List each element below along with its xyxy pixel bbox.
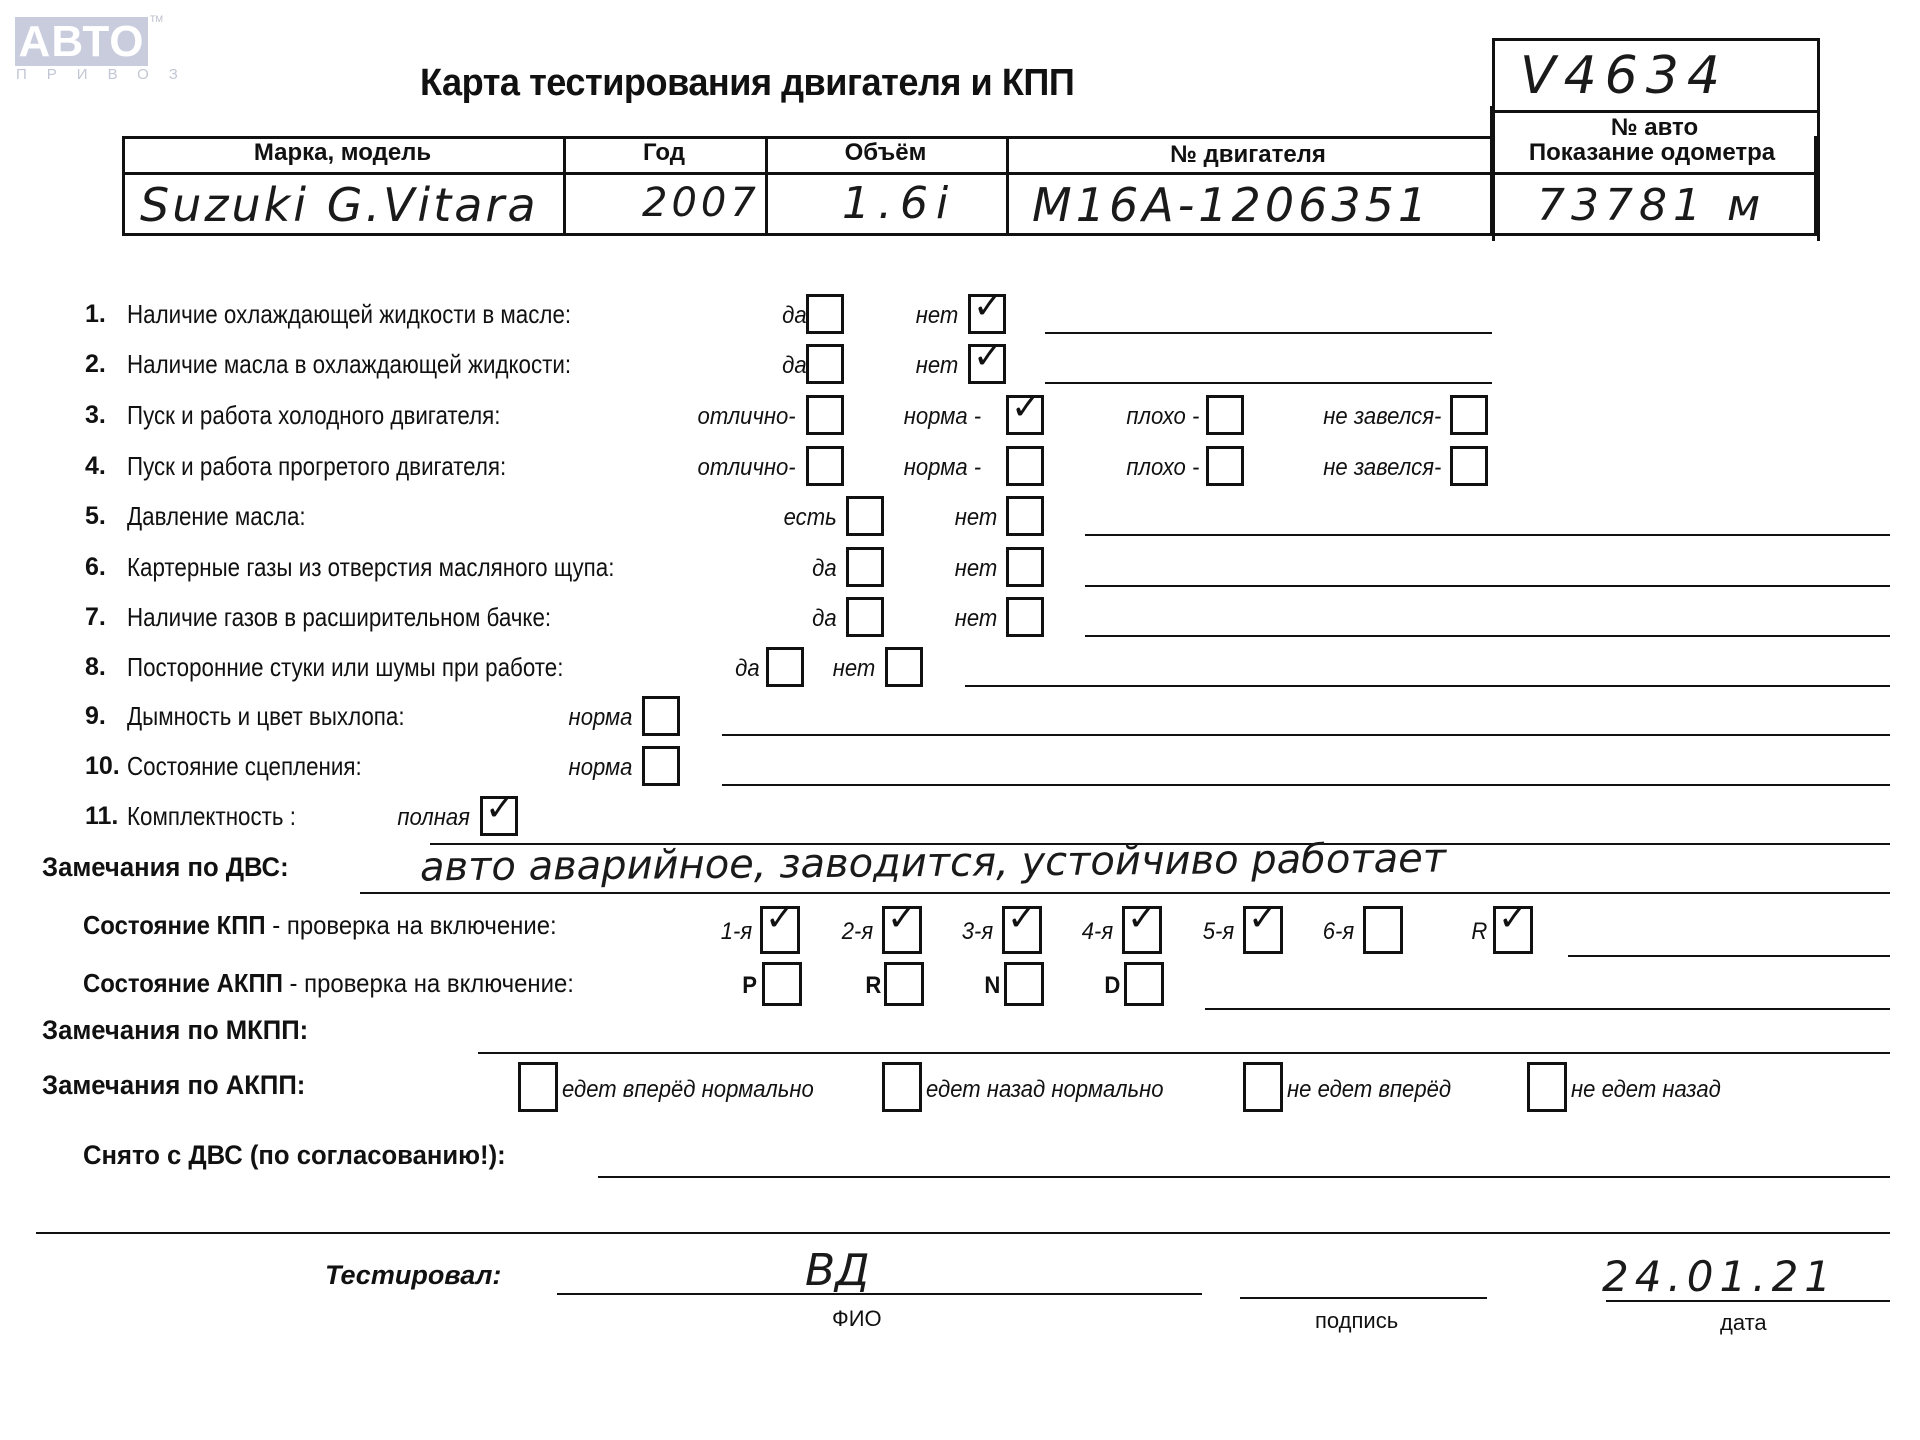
- mkpp-remarks-label: Замечания по МКПП:: [42, 1015, 308, 1046]
- option-label: да: [813, 555, 837, 583]
- logo-trademark: TM: [150, 14, 163, 24]
- check-mark-icon: ✓: [765, 901, 795, 937]
- gear-checkbox-3[interactable]: ✓: [1002, 906, 1042, 954]
- auto-gearbox-line: [1205, 1008, 1890, 1010]
- car-number-value[interactable]: V4634: [1520, 46, 1728, 106]
- question-number: 6.: [85, 553, 106, 582]
- date-value[interactable]: 24.01.21: [1602, 1252, 1837, 1301]
- question-text: Давление масла:: [127, 501, 306, 532]
- date-caption: дата: [1720, 1310, 1767, 1336]
- logo: АВТО: [15, 17, 148, 66]
- auto-gearbox-label-bold: Состояние АКПП: [83, 968, 283, 998]
- position-label: P: [742, 972, 757, 1000]
- gear-label: R: [1471, 918, 1487, 946]
- position-label: D: [1104, 972, 1120, 1000]
- position-checkbox-p[interactable]: [762, 962, 802, 1006]
- question-text: Картерные газы из отверстия масляного щу…: [127, 552, 614, 583]
- akpp-option-label: не едет назад: [1571, 1076, 1721, 1104]
- question-number: 9.: [85, 702, 106, 731]
- column-header-year: Год: [563, 139, 765, 167]
- akpp-option-label: едет назад нормально: [926, 1076, 1164, 1104]
- check-mark-icon: ✓: [973, 289, 1003, 325]
- akpp-remarks-label: Замечания по АКПП:: [42, 1070, 305, 1101]
- question-number: 4.: [85, 452, 106, 481]
- option-label: нет: [915, 352, 958, 380]
- question-text: Наличие масла в охлаждающей жидкости:: [127, 349, 571, 380]
- answer-line[interactable]: [1045, 332, 1492, 334]
- gear-label: 5-я: [1203, 918, 1234, 946]
- question-number: 11.: [85, 802, 118, 831]
- option-label: плохо -: [1126, 403, 1199, 431]
- removed-label: Снято с ДВС (по согласованию!):: [83, 1140, 506, 1171]
- checkbox-4-4[interactable]: [1450, 446, 1488, 486]
- answer-line[interactable]: [1085, 635, 1890, 637]
- question-number: 7.: [85, 603, 106, 632]
- question-text: Наличие газов в расширительном бачке:: [127, 602, 551, 633]
- checkbox-2-2[interactable]: ✓: [968, 344, 1006, 384]
- akpp-checkbox-3[interactable]: [1243, 1062, 1283, 1112]
- question-number: 8.: [85, 653, 106, 682]
- checkbox-5-2[interactable]: [1006, 496, 1044, 536]
- question-number: 10.: [85, 752, 120, 781]
- question-text: Наличие охлаждающей жидкости в масле:: [127, 299, 571, 330]
- manual-gearbox-line: [1568, 955, 1890, 957]
- page-title: Карта тестирования двигателя и КПП: [420, 62, 1074, 105]
- vehicle-info-table: Марка, модель Год Объём № двигателя Пока…: [122, 136, 1814, 236]
- answer-line[interactable]: [965, 685, 1890, 687]
- check-mark-icon: ✓: [1498, 901, 1528, 937]
- checkbox-2-1[interactable]: [806, 344, 844, 384]
- position-checkbox-r[interactable]: [884, 962, 924, 1006]
- tested-by-label: Тестировал:: [325, 1260, 501, 1291]
- option-label: плохо -: [1126, 454, 1199, 482]
- engine-remarks-label: Замечания по ДВС:: [42, 852, 289, 883]
- check-mark-icon: ✓: [1248, 901, 1278, 937]
- checkbox-6-2[interactable]: [1006, 547, 1044, 587]
- answer-line[interactable]: [722, 734, 1890, 736]
- divider: [1490, 106, 1493, 236]
- answer-line[interactable]: [1085, 534, 1890, 536]
- engine-number-value[interactable]: M16A-1206351: [1032, 178, 1431, 232]
- gear-checkbox-7[interactable]: ✓: [1493, 906, 1533, 954]
- checkbox-3-2[interactable]: ✓: [1006, 395, 1044, 435]
- option-label: норма -: [904, 454, 981, 482]
- checkbox-3-4[interactable]: [1450, 395, 1488, 435]
- answer-line[interactable]: [722, 784, 1890, 786]
- answer-line[interactable]: [1045, 382, 1492, 384]
- signature-caption: подпись: [1315, 1308, 1398, 1334]
- check-mark-icon: ✓: [485, 791, 515, 827]
- checkbox-11-1[interactable]: ✓: [480, 796, 518, 836]
- manual-gearbox-label-bold: Состояние КПП: [83, 910, 266, 940]
- divider: [1492, 110, 1817, 113]
- name-line: [557, 1293, 1202, 1295]
- divider: [122, 172, 1817, 175]
- option-label: есть: [784, 504, 837, 532]
- option-label: норма: [568, 704, 632, 732]
- question-text: Дымность и цвет выхлопа:: [127, 701, 405, 732]
- separator-line: [36, 1232, 1890, 1234]
- checkbox-9-1[interactable]: [642, 696, 680, 736]
- logo-subtitle: ПРИВОЗ: [16, 66, 151, 83]
- checkbox-4-2[interactable]: [1006, 446, 1044, 486]
- engine-remarks-value[interactable]: авто аварийное, заводится, устойчиво раб…: [420, 836, 1446, 891]
- checkbox-5-1[interactable]: [846, 496, 884, 536]
- check-mark-icon: ✓: [1007, 901, 1037, 937]
- checkbox-10-1[interactable]: [642, 746, 680, 786]
- checkbox-8-2[interactable]: [885, 647, 923, 687]
- gear-label: 4-я: [1082, 918, 1113, 946]
- question-text: Комплектность :: [127, 801, 296, 832]
- question-number: 1.: [85, 300, 106, 329]
- volume-value[interactable]: 1.6i: [842, 178, 956, 229]
- manual-gearbox-label: Состояние КПП - проверка на включение:: [83, 910, 557, 941]
- name-caption: ФИО: [832, 1306, 882, 1332]
- option-label: не завелся-: [1323, 454, 1441, 482]
- check-mark-icon: ✓: [1011, 390, 1041, 426]
- manual-gearbox-label-rest: - проверка на включение:: [266, 910, 557, 940]
- question-text: Пуск и работа холодного двигателя:: [127, 400, 500, 431]
- engine-remarks-line: [360, 892, 1890, 894]
- gear-checkbox-5[interactable]: ✓: [1243, 906, 1283, 954]
- gear-checkbox-1[interactable]: ✓: [760, 906, 800, 954]
- auto-gearbox-label-rest: - проверка на включение:: [283, 968, 574, 998]
- gear-checkbox-4[interactable]: ✓: [1122, 906, 1162, 954]
- checkbox-3-3[interactable]: [1206, 395, 1244, 435]
- checkbox-1-1[interactable]: [806, 294, 844, 334]
- gear-label: 2-я: [842, 918, 873, 946]
- column-header-volume: Объём: [765, 139, 1006, 167]
- year-value[interactable]: 2007: [642, 180, 760, 226]
- gear-label: 6-я: [1323, 918, 1354, 946]
- question-number: 3.: [85, 401, 106, 430]
- option-label: да: [783, 302, 807, 330]
- position-checkbox-n[interactable]: [1004, 962, 1044, 1006]
- check-mark-icon: ✓: [1127, 901, 1157, 937]
- odometer-value[interactable]: 73781 м: [1537, 180, 1766, 231]
- divider: [122, 233, 1817, 236]
- question-text: Посторонние стуки или шумы при работе:: [127, 652, 563, 683]
- checkbox-1-2[interactable]: ✓: [968, 294, 1006, 334]
- checkbox-7-1[interactable]: [846, 597, 884, 637]
- gear-label: 1-я: [721, 918, 752, 946]
- option-label: норма: [568, 754, 632, 782]
- gear-label: 3-я: [962, 918, 993, 946]
- question-text: Пуск и работа прогретого двигателя:: [127, 451, 506, 482]
- option-label: нет: [954, 555, 997, 583]
- divider: [1814, 136, 1817, 236]
- akpp-option-label: едет вперёд нормально: [562, 1076, 814, 1104]
- option-label: нет: [915, 302, 958, 330]
- signature-line[interactable]: [1240, 1297, 1487, 1299]
- gear-checkbox-6[interactable]: [1363, 906, 1403, 954]
- tester-name-value[interactable]: ВД: [805, 1245, 870, 1296]
- removed-line[interactable]: [598, 1176, 1890, 1178]
- option-label: нет: [954, 504, 997, 532]
- column-header-make-model: Марка, модель: [122, 139, 563, 167]
- checkbox-4-3[interactable]: [1206, 446, 1244, 486]
- option-label: отлично-: [698, 454, 796, 482]
- option-label: нет: [832, 655, 875, 683]
- gear-checkbox-2[interactable]: ✓: [882, 906, 922, 954]
- option-label: нет: [954, 605, 997, 633]
- akpp-option-label: не едет вперёд: [1287, 1076, 1451, 1104]
- akpp-checkbox-2[interactable]: [882, 1062, 922, 1112]
- option-label: отлично-: [698, 403, 796, 431]
- option-label: не завелся-: [1323, 403, 1441, 431]
- column-header-engine-number: № двигателя: [1006, 141, 1490, 169]
- make-model-value[interactable]: Suzuki G.Vitara: [140, 178, 539, 232]
- position-label: N: [984, 972, 1000, 1000]
- mkpp-remarks-line[interactable]: [478, 1052, 1890, 1054]
- check-mark-icon: ✓: [887, 901, 917, 937]
- answer-line[interactable]: [1085, 585, 1890, 587]
- checkbox-8-1[interactable]: [766, 647, 804, 687]
- position-checkbox-d[interactable]: [1124, 962, 1164, 1006]
- column-header-odometer: Показание одометра: [1490, 139, 1814, 167]
- akpp-checkbox-1[interactable]: [518, 1062, 558, 1112]
- option-label: полная: [397, 804, 470, 832]
- question-text: Состояние сцепления:: [127, 751, 362, 782]
- check-mark-icon: ✓: [973, 339, 1003, 375]
- checkbox-4-1[interactable]: [806, 446, 844, 486]
- auto-gearbox-label: Состояние АКПП - проверка на включение:: [83, 968, 574, 999]
- option-label: да: [783, 352, 807, 380]
- question-number: 2.: [85, 350, 106, 379]
- checkbox-6-1[interactable]: [846, 547, 884, 587]
- question-number: 5.: [85, 502, 106, 531]
- akpp-checkbox-4[interactable]: [1527, 1062, 1567, 1112]
- option-label: да: [736, 655, 760, 683]
- option-label: норма -: [904, 403, 981, 431]
- checkbox-3-1[interactable]: [806, 395, 844, 435]
- position-label: R: [865, 972, 881, 1000]
- option-label: да: [813, 605, 837, 633]
- checkbox-7-2[interactable]: [1006, 597, 1044, 637]
